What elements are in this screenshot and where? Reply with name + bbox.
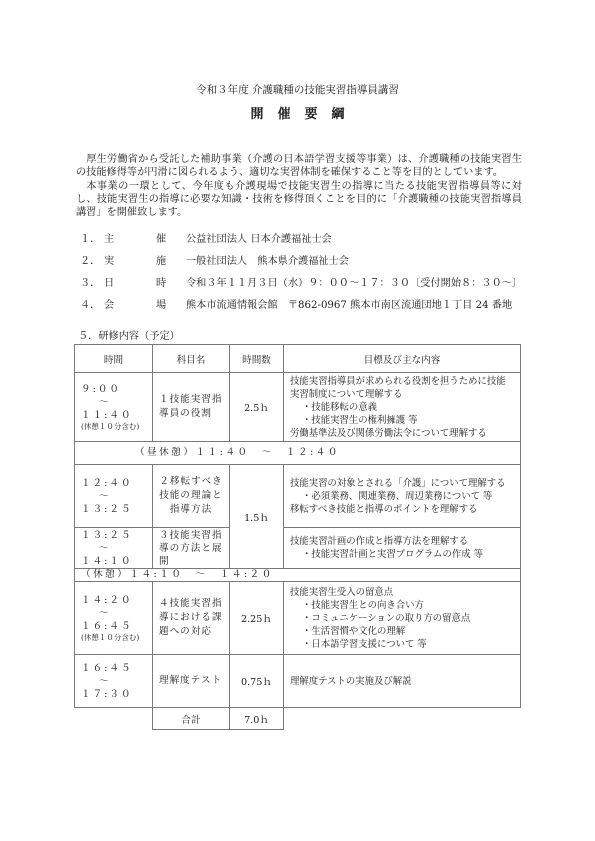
item-number: １． bbox=[80, 233, 104, 255]
column-header: 時間 bbox=[75, 345, 153, 373]
end-time: １３:２５ bbox=[81, 504, 133, 515]
item-key: 会 bbox=[104, 299, 156, 321]
table-row: １３:２５ ～ １４:１０ ３技能実習指導の方法と展開 技能実習計画の作成と指導… bbox=[75, 528, 521, 569]
document-subtitle: 令和３年度 介護職種の技能実習指導員講習 bbox=[0, 82, 595, 97]
total-hours: 7.0ｈ bbox=[230, 708, 284, 730]
hours-cell: 2.5ｈ bbox=[230, 373, 284, 442]
start-time: １６:４５ bbox=[81, 663, 133, 674]
content-tail: 労働基準法及び関係労働法令について理解する bbox=[290, 428, 487, 439]
table-row: ９:００ ～ １１:４０ (休憩１０分含む) １技能実習指導員の役割 2.5ｈ … bbox=[75, 373, 521, 442]
content-bullet: ・必須業務、関連業務、周辺業務について 等 bbox=[290, 490, 514, 503]
overview-item-organizer: １． 主 催 公益社団法人 日本介護福祉士会 bbox=[80, 233, 522, 255]
end-time: １７:３０ bbox=[81, 689, 133, 700]
content-bullet: ・技能実習生の権利擁護 等 bbox=[290, 414, 514, 427]
end-time: １１:４０ bbox=[81, 410, 133, 421]
content-lead: 技能実習指導員が求められる役割を担うために技能実習制度について理解する bbox=[290, 376, 506, 400]
tilde: ～ bbox=[81, 396, 152, 409]
overview-item-venue: ４． 会 場 熊本市流通情報会館 〒862-0967 熊本市南区流通団地１丁目 … bbox=[80, 299, 522, 321]
lunch-break-row: （昼休憩）１１:４０ ～ １２:４０ bbox=[75, 442, 521, 465]
subject-cell: ３技能実習指導の方法と展開 bbox=[153, 528, 230, 569]
schedule-heading: ５．研修内容（予定） bbox=[78, 327, 180, 342]
content-cell: 技能実習指導員が求められる役割を担うために技能実習制度について理解する ・技能移… bbox=[284, 373, 521, 442]
time-cell: １６:４５ ～ １７:３０ bbox=[75, 655, 153, 708]
subject-cell: １技能実習指導員の役割 bbox=[153, 373, 230, 442]
break-note: (休憩１０分含む) bbox=[81, 633, 152, 643]
column-header: 科目名 bbox=[153, 345, 230, 373]
subject-cell: ４技能実習指導における課題への対応 bbox=[153, 582, 230, 655]
item-value: 熊本市流通情報会館 〒862-0967 熊本市南区流通団地１丁目 24 番地 bbox=[186, 299, 512, 321]
start-time: ９:００ bbox=[81, 384, 121, 395]
time-cell: ９:００ ～ １１:４０ (休憩１０分含む) bbox=[75, 373, 153, 442]
table-row: １４:２０ ～ １６:４５ (休憩１０分含む) ４技能実習指導における課題への対… bbox=[75, 582, 521, 655]
start-time: １４:２０ bbox=[81, 595, 133, 606]
start-time: １３:２５ bbox=[81, 530, 133, 541]
hours-cell: 0.75ｈ bbox=[230, 655, 284, 708]
break-cell: （昼休憩）１１:４０ ～ １２:４０ bbox=[75, 442, 521, 465]
overview-item-host: ２． 実 施 一般社団法人 熊本県介護福祉士会 bbox=[80, 255, 522, 277]
content-cell: 理解度テストの実施及び解説 bbox=[284, 655, 521, 708]
item-number: ４． bbox=[80, 299, 104, 321]
hours-cell: 1.5ｈ bbox=[230, 465, 284, 569]
content-bullet: ・技能実習計画と実習プログラムの作成 等 bbox=[290, 548, 514, 561]
content-bullet: ・生活習慣や文化の理解 bbox=[290, 625, 514, 638]
table-row: １２:４０ ～ １３:２５ ２移転すべき技能の理論と指導方法 1.5ｈ 技能実習… bbox=[75, 465, 521, 528]
item-key: 場 bbox=[156, 299, 186, 321]
tilde: ～ bbox=[81, 490, 152, 503]
content-cell: 技能実習計画の作成と指導方法を理解する ・技能実習計画と実習プログラムの作成 等 bbox=[284, 528, 521, 569]
end-time: １４:１０ bbox=[81, 556, 133, 567]
item-value: 令和３年１１月３日（水）９：００～１７：３０〔受付開始８：３０～〕 bbox=[186, 277, 522, 299]
intro-text: 厚生労働省から受託した補助事業（介護の日本語学習支援等事業）は、介護職種の技能実… bbox=[76, 153, 522, 219]
tilde: ～ bbox=[81, 607, 152, 620]
content-bullet: ・日本語学習支援について 等 bbox=[290, 638, 514, 651]
item-key: 実 bbox=[104, 255, 156, 277]
intro-paragraph: 厚生労働省から受託した補助事業（介護の日本語学習支援等事業）は、介護職種の技能実… bbox=[76, 153, 522, 180]
content-lead: 技能実習計画の作成と指導方法を理解する bbox=[290, 536, 468, 547]
column-header: 時間数 bbox=[230, 345, 284, 373]
hours-cell: 2.25ｈ bbox=[230, 582, 284, 655]
content-bullet: ・技能移転の意義 bbox=[290, 401, 514, 414]
overview-item-datetime: ３． 日 時 令和３年１１月３日（水）９：００～１７：３０〔受付開始８：３０～〕 bbox=[80, 277, 522, 299]
document-title: 開催要綱 bbox=[0, 103, 595, 122]
time-cell: １３:２５ ～ １４:１０ bbox=[75, 528, 153, 569]
table-row: １６:４５ ～ １７:３０ 理解度テスト 0.75ｈ 理解度テストの実施及び解説 bbox=[75, 655, 521, 708]
content-lead: 技能実習の対象とされる「介護」について理解する bbox=[290, 478, 505, 489]
item-key: 時 bbox=[156, 277, 186, 299]
item-number: ３． bbox=[80, 277, 104, 299]
end-time: １６:４５ bbox=[81, 621, 133, 632]
table-header-row: 時間 科目名 時間数 目標及び主な内容 bbox=[75, 345, 521, 373]
item-number: ２． bbox=[80, 255, 104, 277]
column-header: 目標及び主な内容 bbox=[284, 345, 521, 373]
break-cell: （休憩）１４:１０ ～ １４:２０ bbox=[75, 569, 521, 582]
subject-cell: ２移転すべき技能の理論と指導方法 bbox=[153, 465, 230, 528]
overview-list: １． 主 催 公益社団法人 日本介護福祉士会 ２． 実 施 一般社団法人 熊本県… bbox=[80, 233, 522, 321]
total-label: 合計 bbox=[153, 708, 230, 730]
item-key: 施 bbox=[156, 255, 186, 277]
item-value: 一般社団法人 熊本県介護福祉士会 bbox=[186, 255, 349, 277]
tilde: ～ bbox=[81, 675, 152, 688]
content-cell: 技能実習生受入の留意点 ・技能実習生との向き合い方 ・コミュニケーションの取り方… bbox=[284, 582, 521, 655]
content-lead: 技能実習生受入の留意点 bbox=[290, 587, 393, 598]
total-row: 合計 7.0ｈ bbox=[75, 708, 521, 730]
time-cell: １４:２０ ～ １６:４５ (休憩１０分含む) bbox=[75, 582, 153, 655]
time-cell: １２:４０ ～ １３:２５ bbox=[75, 465, 153, 528]
schedule-table: 時間 科目名 時間数 目標及び主な内容 ９:００ ～ １１:４０ (休憩１０分含… bbox=[74, 344, 521, 730]
start-time: １２:４０ bbox=[81, 478, 133, 489]
item-key: 主 bbox=[104, 233, 156, 255]
intro-paragraph: 本事業の一環として、今年度も介護現場で技能実習生の指導に当たる技能実習指導員等に… bbox=[76, 180, 522, 220]
content-cell: 技能実習の対象とされる「介護」について理解する ・必須業務、関連業務、周辺業務に… bbox=[284, 465, 521, 528]
tilde: ～ bbox=[81, 542, 152, 555]
rest-break-row: （休憩）１４:１０ ～ １４:２０ bbox=[75, 569, 521, 582]
item-value: 公益社団法人 日本介護福祉士会 bbox=[186, 233, 332, 255]
item-key: 催 bbox=[156, 233, 186, 255]
content-bullet: ・コミュニケーションの取り方の留意点 bbox=[290, 612, 514, 625]
break-note: (休憩１０分含む) bbox=[81, 422, 152, 432]
content-tail: 移転すべき技能と指導のポイントを理解する bbox=[290, 504, 477, 515]
item-key: 日 bbox=[104, 277, 156, 299]
subject-cell: 理解度テスト bbox=[153, 655, 230, 708]
content-bullet: ・技能実習生との向き合い方 bbox=[290, 599, 514, 612]
